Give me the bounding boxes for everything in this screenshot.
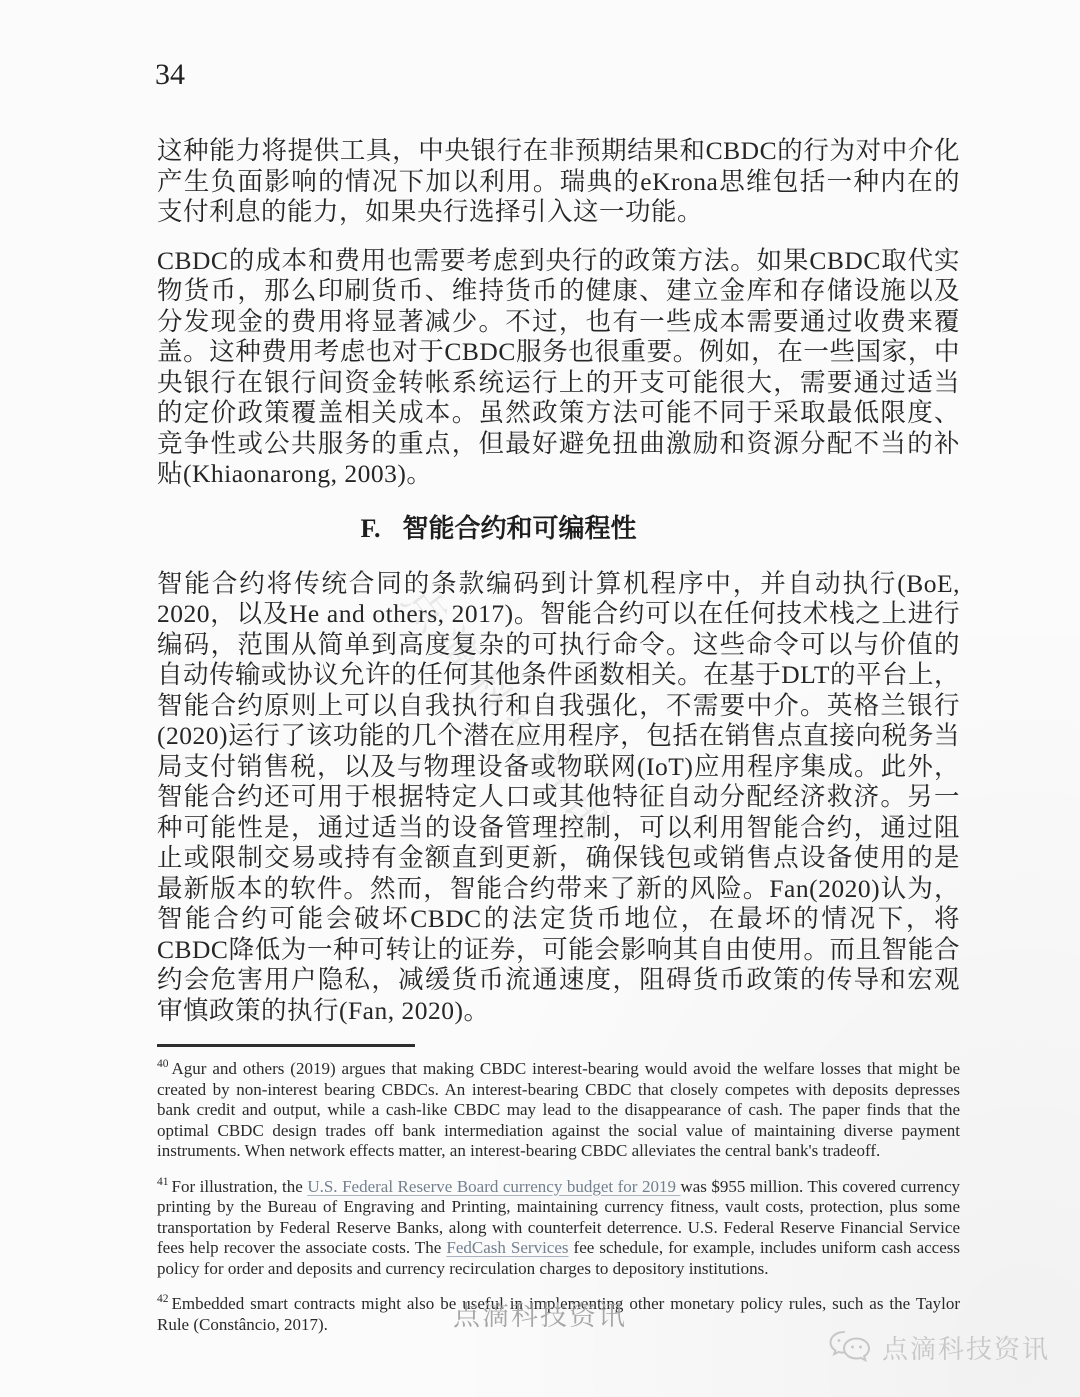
footnote: 41For illustration, the U.S. Federal Res…: [157, 1177, 960, 1280]
document-page: 34 这种能力将提供工具，中央银行在非预期结果和CBDC的行为对中介化产生负面影…: [0, 0, 1080, 1397]
section-heading-title: 智能合约和可编程性: [402, 514, 636, 543]
footnote-separator: [157, 1044, 415, 1047]
corner-watermark: 点滴科技资讯: [827, 1328, 1050, 1366]
page-number: 34: [155, 58, 185, 92]
wechat-logo-icon: [827, 1328, 873, 1366]
footnote-text: For illustration, the: [172, 1177, 308, 1196]
paragraph-1: 这种能力将提供工具，中央银行在非预期结果和CBDC的行为对中介化产生负面影响的情…: [157, 136, 960, 228]
footnote-link[interactable]: FedCash Services: [446, 1238, 568, 1257]
footnote-number: 40: [157, 1058, 169, 1070]
footnote: 40Agur and others (2019) argues that mak…: [157, 1059, 960, 1162]
footnote-number: 41: [157, 1176, 169, 1188]
paragraph-2: CBDC的成本和费用也需要考虑到央行的政策方法。如果CBDC取代实物货币，那么印…: [157, 246, 960, 490]
section-heading-prefix: F.: [360, 514, 380, 543]
document-content: 这种能力将提供工具，中央银行在非预期结果和CBDC的行为对中介化产生负面影响的情…: [157, 136, 960, 1350]
corner-watermark-text: 点滴科技资讯: [882, 1329, 1050, 1366]
footnote-link[interactable]: U.S. Federal Reserve Board currency budg…: [307, 1177, 680, 1196]
paragraph-3: 智能合约将传统合同的条款编码到计算机程序中，并自动执行(BoE, 2020，以及…: [157, 569, 960, 1027]
footnote-text: Agur and others (2019) argues that makin…: [157, 1059, 960, 1160]
section-heading: F.智能合约和可编程性: [157, 508, 960, 545]
